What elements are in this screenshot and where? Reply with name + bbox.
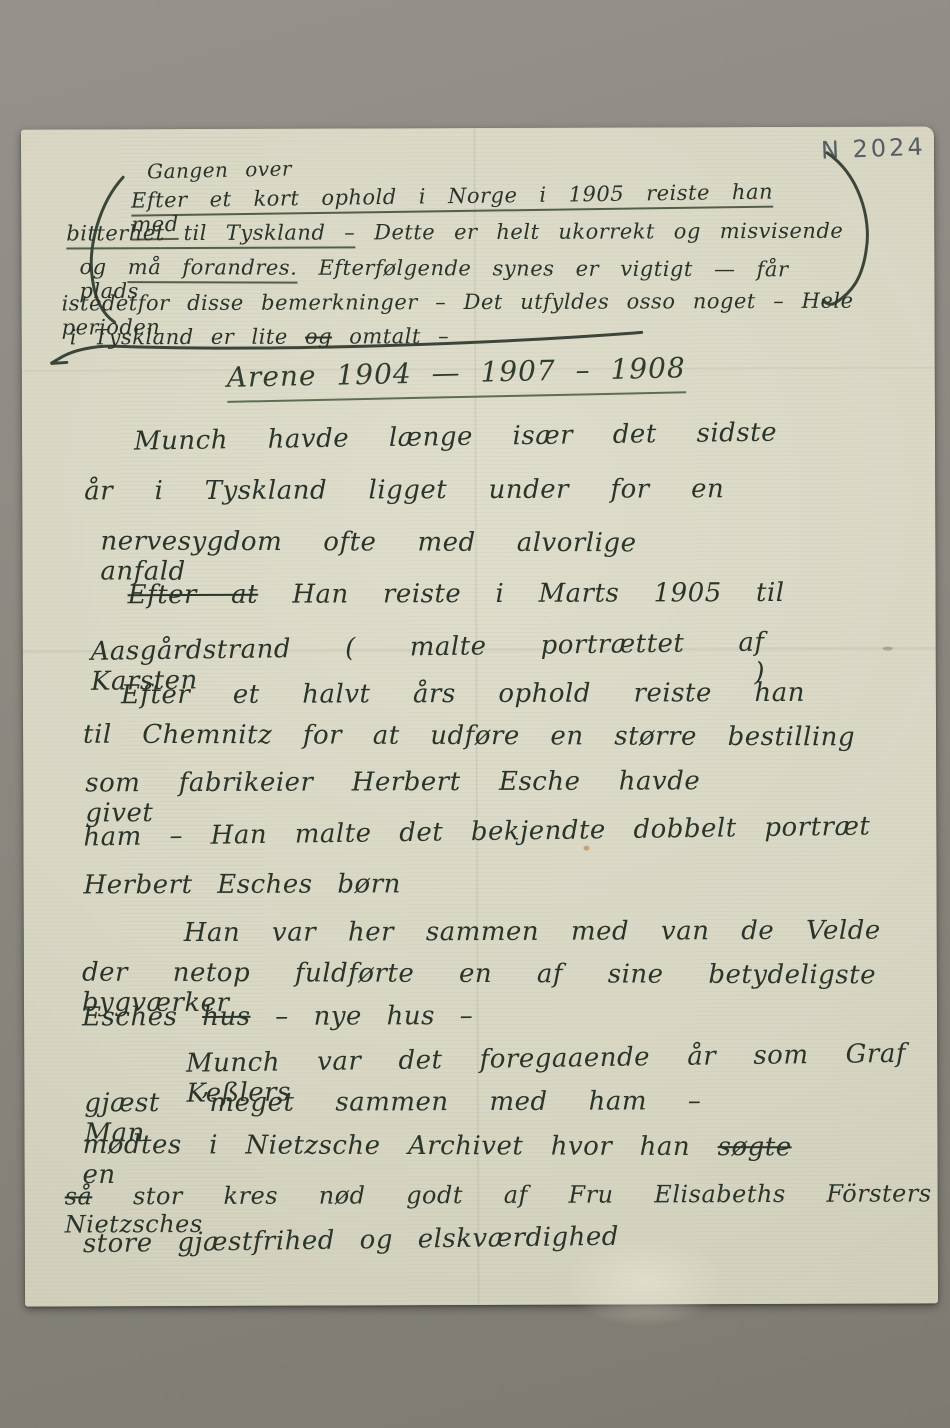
handwritten-line: Munch havde længe især det sidste [134,419,777,458]
line-text: store gjæstfrihed og elskværdighed [83,1222,620,1259]
handwritten-line: Han var her sammen med van de Velde [184,917,881,949]
annotation-line: bitterhet til Tyskland – Dette er helt u… [66,219,843,246]
struck-word: Efter at [128,580,259,610]
annotation-inserted-note: Gangen over [147,157,292,183]
annotation-text: i Tyskland er lite [70,325,288,350]
handwritten-line: Efter at Han reiste i Marts 1905 til [128,579,785,611]
inserted-note-text: Gangen over [147,156,292,183]
line-text: Han var her sammen med van de Velde [184,916,881,948]
annotation-text: og [79,255,106,279]
line-text: mødtes i Nietzsche Archivet hvor han [83,1130,691,1162]
handwritten-line: år i Tyskland ligget under for en [84,475,724,507]
line-text: nervesygdom ofte med alvorlige anfald [100,526,636,586]
handwritten-line: Esches hus – nye hus – [82,1002,473,1033]
manuscript-page: N 2024 Gangen over Efter et kort ophold … [21,126,938,1306]
line-text: Herbert Esches børn [84,869,401,900]
struck-word: og [305,325,332,349]
paper-blemish [883,647,893,651]
line-text: til Chemnitz for at udføre en større bes… [83,720,855,753]
underlined-phrase: må forandres. [128,255,298,284]
line-text: Efter et halvt års ophold reiste han [121,678,805,710]
line-text: Munch havde længe især det sidste [134,418,777,457]
struck-word: hus [202,1002,250,1032]
photo-background: N 2024 Gangen over Efter et kort ophold … [0,0,950,1428]
handwritten-line: Herbert Esches børn [84,870,401,901]
section-heading-text: Arene 1904 — 1907 – 1908 [226,351,686,394]
handwritten-line: til Chemnitz for at udføre en større bes… [83,721,855,754]
struck-word: søgte [718,1132,792,1162]
struck-word: så [65,1182,93,1210]
underlined-phrase: bitterhet til Tyskland – [66,220,355,249]
handwritten-line: store gjæstfrihed og elskværdighed [83,1223,620,1260]
line-text: Esches [82,1002,177,1032]
section-heading: Arene 1904 — 1907 – 1908 [226,351,686,403]
annotation-text: omtalt – [349,324,449,348]
line-text: år i Tyskland ligget under for en [84,474,724,506]
catalog-number: N 2024 [821,133,927,165]
annotation-text: Dette er helt ukorrekt og misvisende [374,219,843,245]
line-text: – nye hus – [275,1001,473,1032]
line-text: Han reiste i Marts 1905 til [292,578,784,610]
handwritten-line: Efter et halvt års ophold reiste han [121,679,805,711]
annotation-line: i Tyskland er lite og omtalt – [70,324,450,349]
